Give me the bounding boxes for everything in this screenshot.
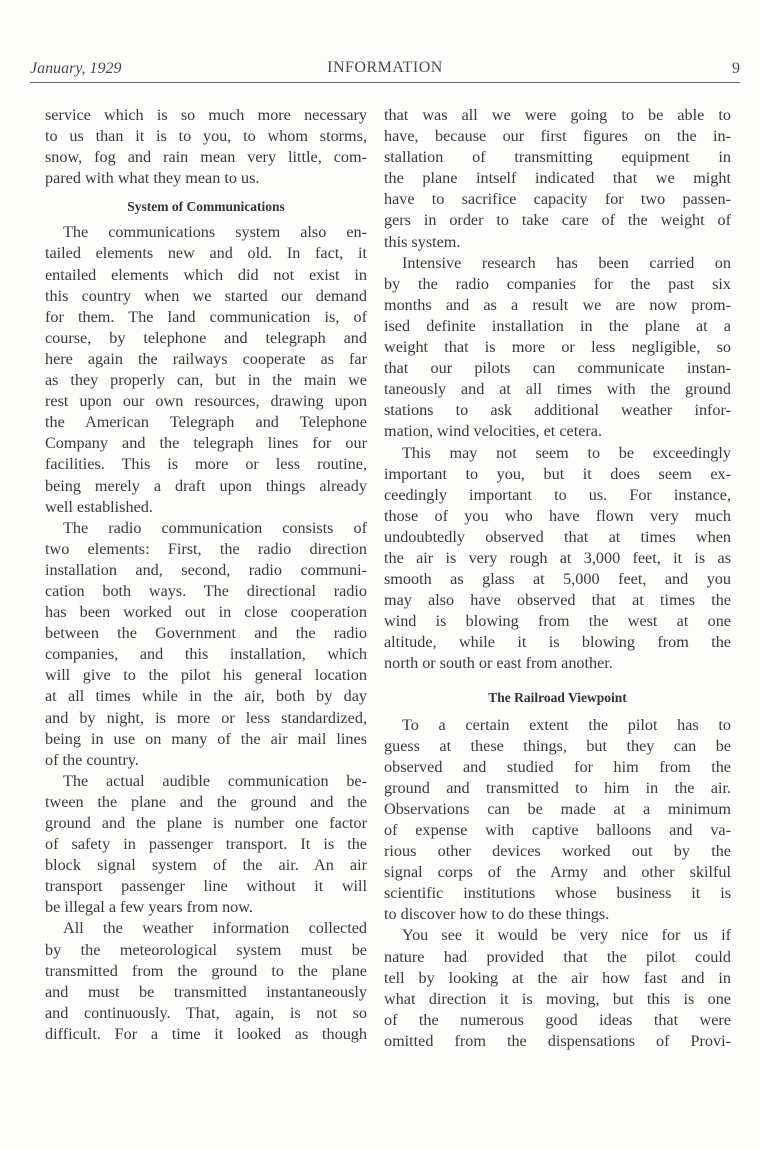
text-line: signal corps of the Army and other skilf… (384, 862, 731, 883)
text-line: two elements: First, the radio direction (45, 539, 367, 560)
text-line: ceedingly important to us. For instance, (384, 485, 731, 506)
text-line: ground and the plane is number one facto… (45, 813, 367, 834)
paragraph: The radio communication consists of two … (45, 518, 367, 771)
paragraph: that was all we were going to be able to… (384, 105, 731, 253)
text-line: of the numerous good ideas that were (384, 1010, 731, 1031)
paragraph: The actual audible communication be- twe… (45, 771, 367, 919)
running-header: January, 1929 INFORMATION 9 (30, 58, 740, 83)
text-line: rest upon our own resources, drawing upo… (45, 391, 367, 412)
text-line: smooth as glass at 5,000 feet, and you (384, 569, 731, 590)
text-line: scientific institutions whose business i… (384, 883, 731, 904)
text-line: facilities. This is more or less routine… (45, 454, 367, 475)
text-line: the air is very rough at 3,000 feet, it … (384, 548, 731, 569)
text-line: Company and the telegraph lines for our (45, 433, 367, 454)
text-line: by the radio companies for the past six (384, 274, 731, 295)
text-line: to us than it is to you, to whom storms, (45, 126, 367, 147)
text-line: difficult. For a time it looked as thoug… (45, 1024, 367, 1045)
paragraph: You see it would be very nice for us if … (384, 925, 731, 1052)
text-line: important to you, but it does seem ex- (384, 464, 731, 485)
text-line: well established. (45, 497, 367, 518)
text-line: to discover how to do these things. (384, 904, 731, 925)
text-line: Intensive research has been carried on (384, 253, 731, 274)
text-line: this country when we started our demand (45, 286, 367, 307)
text-line: as they properly can, but in the main we (45, 370, 367, 391)
text-line: of the country. (45, 750, 367, 771)
text-line: may also have observed that at times the (384, 590, 731, 611)
text-line: The communications system also en- (45, 222, 367, 243)
text-line: have to sacrifice capacity for two passe… (384, 189, 731, 210)
text-line: The actual audible communication be- (45, 771, 367, 792)
text-line: ground and transmitted to him in the air… (384, 778, 731, 799)
text-line: transport passenger line without it will (45, 876, 367, 897)
text-line: stations to ask additional weather infor… (384, 400, 731, 421)
text-line: You see it would be very nice for us if (384, 925, 731, 946)
text-line: at all times while in the air, both by d… (45, 686, 367, 707)
section-heading: The Railroad Viewpoint (384, 689, 731, 707)
text-line: stallation of transmitting equipment in (384, 147, 731, 168)
text-line: To a certain extent the pilot has to (384, 715, 731, 736)
text-line: ised definite installation in the plane … (384, 316, 731, 337)
text-line: All the weather information collected (45, 918, 367, 939)
text-line: months and as a result we are now prom- (384, 295, 731, 316)
text-line: rious other devices worked out by the (384, 841, 731, 862)
text-line: between the Government and the radio (45, 623, 367, 644)
text-line: that our pilots can communicate instan- (384, 358, 731, 379)
text-line: The radio communication consists of (45, 518, 367, 539)
text-line: that was all we were going to be able to (384, 105, 731, 126)
text-line: nature had provided that the pilot could (384, 947, 731, 968)
text-line: cation both ways. The directional radio (45, 581, 367, 602)
text-line: what direction it is moving, but this is… (384, 989, 731, 1010)
paragraph: service which is so much more necessary … (45, 105, 367, 189)
text-line: this system. (384, 232, 731, 253)
text-line: gers in order to take care of the weight… (384, 210, 731, 231)
header-title: INFORMATION (30, 59, 740, 77)
text-line: those of you who have flown very much (384, 506, 731, 527)
text-line: being in use on many of the air mail lin… (45, 729, 367, 750)
text-line: entailed elements which did not exist in (45, 265, 367, 286)
text-line: transmitted from the ground to the plane (45, 961, 367, 982)
text-line: will give to the pilot his general locat… (45, 665, 367, 686)
text-line: by the meteorological system must be (45, 940, 367, 961)
text-line: tween the plane and the ground and the (45, 792, 367, 813)
text-line: and by night, is more or less standardiz… (45, 708, 367, 729)
text-line: of expense with captive balloons and va- (384, 820, 731, 841)
text-line: and continuously. That, again, is not so (45, 1003, 367, 1024)
text-line: service which is so much more necessary (45, 105, 367, 126)
text-line: Observations can be made at a minimum (384, 799, 731, 820)
text-line: undoubtedly observed that at times when (384, 527, 731, 548)
text-line: omitted from the dispensations of Provi- (384, 1031, 731, 1052)
text-line: tailed elements new and old. In fact, it (45, 243, 367, 264)
text-line: mation, wind velocities, et cetera. (384, 421, 731, 442)
text-line: for them. The land communication is, of (45, 307, 367, 328)
text-line: guess at these things, but they can be (384, 736, 731, 757)
paragraph: To a certain extent the pilot has to gue… (384, 715, 731, 926)
paragraph: This may not seem to be exceedingly impo… (384, 443, 731, 675)
text-line: altitude, while it is blowing from the (384, 632, 731, 653)
section-heading: System of Communications (45, 198, 367, 216)
page-number: 9 (732, 60, 740, 78)
text-line: block signal system of the air. An air (45, 855, 367, 876)
text-line: companies, and this installation, which (45, 644, 367, 665)
text-line: snow, fog and rain mean very little, com… (45, 147, 367, 168)
paragraph: Intensive research has been carried on b… (384, 253, 731, 443)
text-line: wind is blowing from the west at one (384, 611, 731, 632)
text-line: pared with what they mean to us. (45, 168, 367, 189)
right-column: that was all we were going to be able to… (384, 105, 731, 1052)
paragraph: All the weather information collected by… (45, 918, 367, 1045)
text-line: observed and studied for him from the (384, 757, 731, 778)
text-line: the American Telegraph and Telephone (45, 412, 367, 433)
text-line: have, because our first figures on the i… (384, 126, 731, 147)
text-line: be illegal a few years from now. (45, 897, 367, 918)
text-line: of safety in passenger transport. It is … (45, 834, 367, 855)
text-line: weight that is more or less negligible, … (384, 337, 731, 358)
text-line: has been worked out in close cooperation (45, 602, 367, 623)
text-line: installation and, second, radio communi- (45, 560, 367, 581)
text-line: the plane intself indicated that we migh… (384, 168, 731, 189)
text-line: and must be transmitted instantaneously (45, 982, 367, 1003)
text-line: north or south or east from another. (384, 653, 731, 674)
text-line: being merely a draft upon things already (45, 476, 367, 497)
text-line: taneously and at all times with the grou… (384, 379, 731, 400)
text-line: here again the railways cooperate as far (45, 349, 367, 370)
left-column: service which is so much more necessary … (45, 105, 367, 1045)
paragraph: The communications system also en- taile… (45, 222, 367, 517)
text-line: tell by looking at the air how fast and … (384, 968, 731, 989)
text-line: course, by telephone and telegraph and (45, 328, 367, 349)
text-line: This may not seem to be exceedingly (384, 443, 731, 464)
